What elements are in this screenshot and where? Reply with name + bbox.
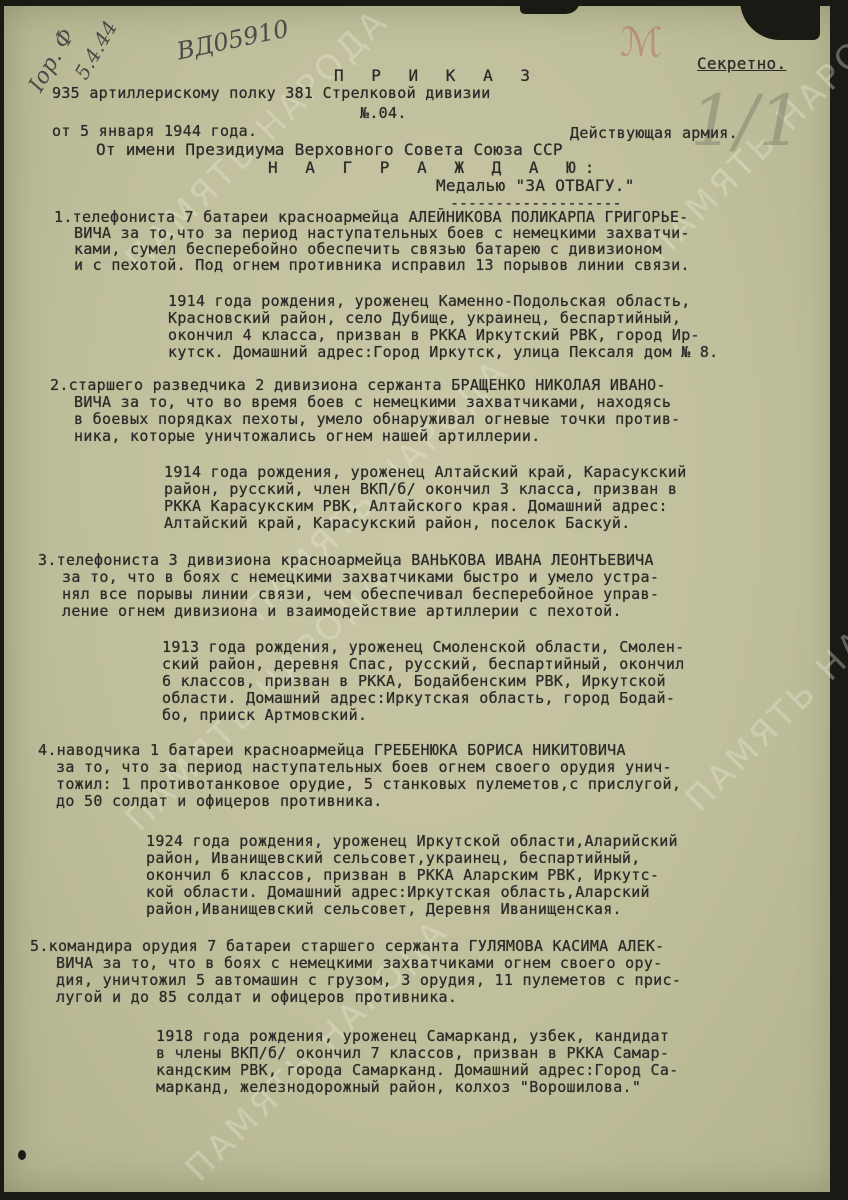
order-number: №.04. (360, 104, 407, 122)
bio-line: 1914 года рождения, уроженец Алтайский к… (164, 463, 687, 481)
unit-line: 935 артиллерискому полку 381 Стрелковой … (52, 84, 491, 102)
bio-line: кандским РВК, города Самарканд. Домашний… (156, 1061, 679, 1079)
bio-line: области. Домашний адрес:Иркутская област… (162, 689, 675, 707)
red-pencil-mark: ℳ (620, 20, 663, 66)
bio-line: ский район, деревня Спас, русский, беспа… (162, 655, 685, 673)
citation-line: и с пехотой. Под огнем противника исправ… (74, 256, 690, 274)
citation-line: ВИЧА за то, что в боях с немецкими захва… (56, 954, 663, 972)
citation-line: ника, которые уничтожались огнем нашей а… (74, 427, 541, 445)
citation-line: за то, что за период наступательных боев… (56, 758, 672, 776)
citation-line: 5.командира орудия 7 батареи старшего се… (30, 937, 665, 955)
bio-line: 1913 года рождения, уроженец Смоленской … (162, 638, 685, 656)
date-line: от 5 января 1944 года. (52, 122, 257, 140)
citation-line: 2.старшего разведчика 2 дивизиона сержан… (50, 376, 666, 394)
bio-line: 6 классов, призван в РККА, Бодайбенским … (162, 672, 666, 690)
citation-line: ВИЧА за то, что во время боев с немецким… (74, 393, 671, 411)
citation-line: 3.телефониста 3 дивизиона красноармейца … (38, 551, 654, 569)
punch-hole (18, 1150, 26, 1160)
citation-line: до 50 солдат и офицеров противника. (56, 792, 383, 810)
bio-line: кой области. Домашний адрес:Иркутская об… (146, 883, 650, 901)
classification-label: Секретно. (697, 54, 786, 73)
bio-line: район,Иванищевский сельсовет, Деревня Ив… (146, 900, 622, 918)
citation-line: ление огнем дивизиона и взаимодействие а… (62, 602, 622, 620)
citation-line: дия, уничтожил 5 автомашин с грузом, 3 о… (56, 971, 681, 989)
bio-line: кутск. Домашний адрес:Город Иркутск, ули… (168, 343, 719, 361)
citation-line: нял все порывы линии связи, чем обеспечи… (62, 585, 659, 603)
document-title: П Р И К А З (334, 66, 539, 85)
award-verb: Н А Г Р А Ж Д А Ю: (268, 158, 603, 177)
bio-line: Алтайский край, Карасукский район, посел… (164, 514, 631, 532)
bio-line: окончил 4 класса, призван в РККА Иркутск… (168, 326, 700, 344)
bio-line: район, русский, член ВКП/б/ окончил 3 кл… (164, 480, 677, 498)
bio-line: район, Иванищевский сельсовет,украинец, … (146, 849, 641, 867)
bio-line: 1924 года рождения, уроженец Иркутской о… (146, 832, 678, 850)
bio-line: в члены ВКП/б/ окончил 7 классов, призва… (156, 1044, 669, 1062)
stamp-mark: 1/1 (690, 80, 803, 162)
bio-line: бо, прииск Артмовский. (162, 706, 367, 724)
page-edge (830, 0, 848, 1200)
citation-line: 4.наводчика 1 батареи красноармейца ГРЕБ… (38, 741, 626, 759)
bio-line: 1918 года рождения, уроженец Самарканд, … (156, 1027, 669, 1045)
bio-line: марканд, железнодорожный район, колхоз "… (156, 1078, 641, 1096)
citation-line: лугой и до 85 солдат и офицеров противни… (56, 988, 457, 1006)
bio-line: Красновский район, село Дубище, украинец… (168, 309, 681, 327)
bio-line: окончил 6 классов, призван в РККА Аларск… (146, 866, 659, 884)
citation-line: за то, что в боях с немецкими захватчика… (62, 568, 659, 586)
citation-line: в боевых порядках пехоты, умело обнаружи… (74, 410, 681, 428)
location-line: Действующая армия. (570, 124, 738, 142)
torn-edge (520, 0, 580, 14)
authority-line: От имени Президиума Верховного Совета Со… (96, 140, 563, 159)
bio-line: 1914 года рождения, уроженец Каменно-Под… (168, 292, 691, 310)
medal-name: Медалью "ЗА ОТВАГУ." (436, 176, 635, 195)
bio-line: РККА Карасукским РВК, Алтайского края. Д… (164, 497, 668, 515)
citation-line: тожил: 1 противотанковое орудие, 5 станк… (56, 775, 681, 793)
